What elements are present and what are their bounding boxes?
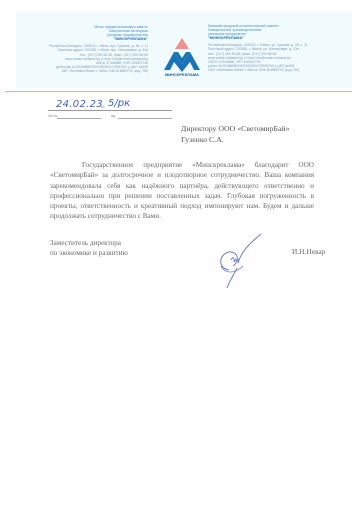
position-line: Заместитель директора (50, 239, 128, 249)
reference-row: На № ад (48, 114, 172, 122)
address-block: Республика Беларусь, 220013, г. Минск, у… (208, 43, 348, 72)
address-line: ААТ «Белінвестбанк» г. Мінск, БІК BLBBBY… (14, 69, 148, 73)
address-block: Рэспубліка Беларусь, 220013, г. Мінск, в… (14, 44, 148, 73)
registration-date: 24.02.23 (56, 99, 103, 110)
reference-number-line (57, 118, 101, 119)
address-line: ОАО «Белинвестбанк» г. Минск, БИК BLBBBY… (208, 68, 348, 72)
org-name: "МІНСКРЭКЛАМА" (14, 37, 148, 41)
letter-page: Мінскі гарадскі выканаўчы камітэт Камуна… (0, 0, 362, 512)
header-divider (5, 91, 352, 92)
registration-number-label: № (101, 105, 105, 109)
minskreklama-logo-icon: МИНСКРЕКЛАМА (160, 36, 204, 80)
letterhead-right-russian: Минский городской исполнительный комитет… (208, 24, 348, 72)
reference-label: На № (48, 114, 57, 118)
addressee: Директору ООО «СветомирБай» Гузенко С.А. (181, 124, 290, 145)
body-paragraph: Государственное предприятие «Минскреклам… (50, 160, 314, 222)
logo-text: МИНСКРЕКЛАМА (160, 72, 204, 77)
reference-from-label: ад (111, 114, 115, 118)
position-line: по экономике и развитию (50, 249, 128, 259)
signatory-name: И.Н.Невар (292, 247, 325, 256)
registration-number: 5/рк (108, 98, 130, 109)
org-name: "МИНСКРЕКЛАМА" (208, 36, 348, 40)
handwritten-signature-icon (215, 230, 265, 290)
letter-body: Государственное предприятие «Минскреклам… (50, 160, 314, 222)
registration-line (48, 110, 172, 111)
signatory-position: Заместитель директора по экономике и раз… (50, 239, 128, 258)
reference-date-line (118, 118, 172, 119)
addressee-position: Директору ООО «СветомирБай» (181, 124, 290, 135)
letterhead-left-belarusian: Мінскі гарадскі выканаўчы камітэт Камуна… (14, 25, 148, 73)
addressee-name: Гузенко С.А. (181, 135, 290, 146)
